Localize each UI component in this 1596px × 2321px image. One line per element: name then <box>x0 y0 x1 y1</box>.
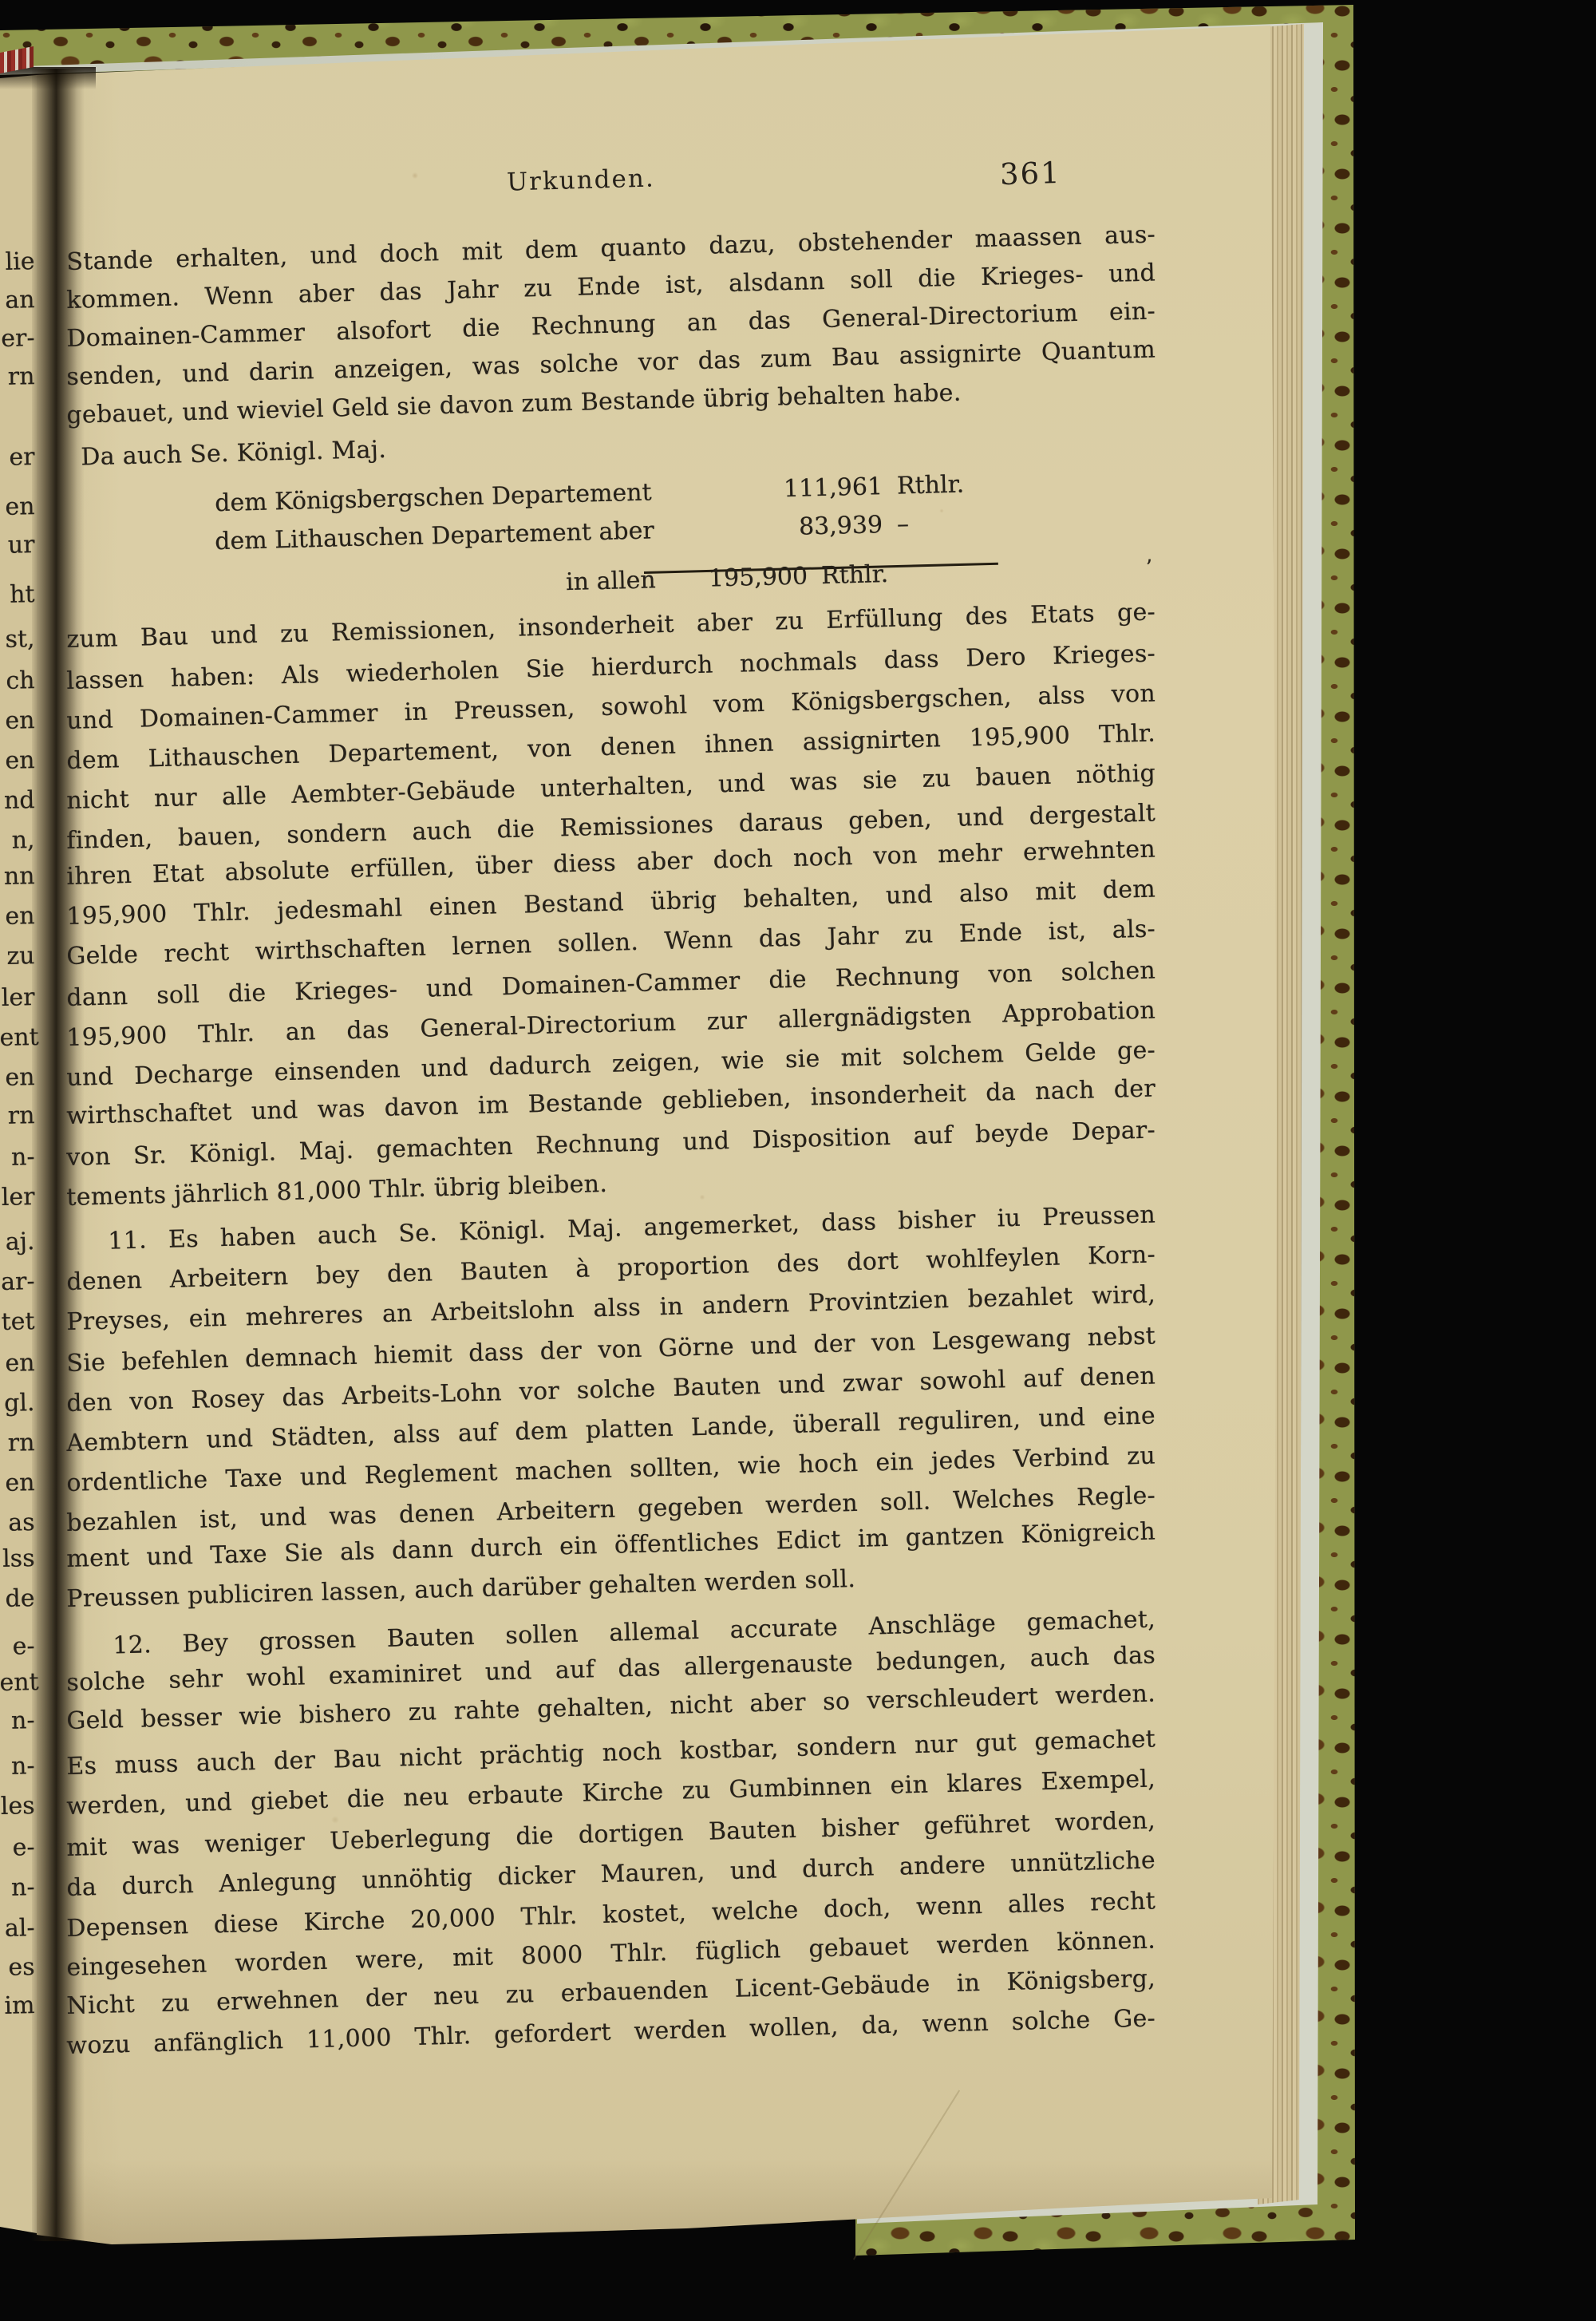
facing-page-fragment: ler <box>0 980 35 1016</box>
running-title: Urkunden. <box>507 164 656 196</box>
facing-page-fragment: e- <box>0 1830 35 1866</box>
facing-page-fragment: ch <box>0 663 35 699</box>
facing-page-fragment: en <box>0 489 35 525</box>
facing-page-fragment: en <box>0 1060 35 1096</box>
facing-page-fragment: nd <box>0 783 35 819</box>
facing-page-fragment: en <box>0 1465 35 1501</box>
book-scan: Urkunden. 361 Stande erhalten, und doch … <box>0 0 1596 2321</box>
facing-page-fragment: im <box>0 1988 35 2024</box>
facing-page-fragment: lie <box>0 244 35 280</box>
facing-page-fragment: nn <box>0 859 35 895</box>
facing-page-fragment: er- <box>0 321 35 357</box>
page-number: 361 <box>999 156 1061 192</box>
text-layer: Urkunden. 361 Stande erhalten, und doch … <box>0 0 1596 2321</box>
facing-page-fragment: lss <box>0 1541 35 1577</box>
facing-page-fragment: n- <box>0 1703 35 1739</box>
facing-page-fragment: n- <box>0 1870 35 1906</box>
facing-page-fragment: ur <box>0 528 35 563</box>
facing-page-fragment: e- <box>0 1629 35 1665</box>
facing-page-fragment: tet <box>0 1304 35 1340</box>
facing-page-fragment: en <box>0 743 35 779</box>
facing-page-fragment: zu <box>0 939 35 975</box>
facing-page-fragment: les <box>0 1789 35 1825</box>
facing-page-fragment: as <box>0 1505 35 1541</box>
facing-page-fragment: rn <box>0 359 35 395</box>
facing-page-fragment: rn <box>0 1098 35 1134</box>
facing-page-fragment: aj. <box>0 1224 35 1260</box>
facing-page-fragment: de <box>0 1581 35 1617</box>
facing-page-fragment: en <box>0 703 35 739</box>
facing-page-fragment: rn <box>0 1425 35 1461</box>
facing-page-fragment: an <box>0 283 35 318</box>
facing-page-fragment: es <box>0 1950 35 1986</box>
amount-cell: ’ <box>1145 551 1152 586</box>
facing-page-fragment: ent <box>0 1020 35 1056</box>
facing-page-fragment: ler <box>0 1180 35 1216</box>
facing-page-fragment: en <box>0 899 35 935</box>
amount-cell: Rthlr. <box>897 468 965 504</box>
facing-page-fragment: st, <box>0 622 35 658</box>
facing-page-fragment: ht <box>0 577 35 613</box>
facing-page-fragment: en <box>0 1346 35 1382</box>
facing-page-fragment: n- <box>0 1749 35 1785</box>
facing-page-fragment: ent <box>0 1665 35 1701</box>
facing-page-fragment: er <box>0 440 35 476</box>
facing-page-fragment: n, <box>0 823 35 859</box>
amount-cell: 83,939 <box>755 508 883 546</box>
facing-page-fragment: ar- <box>0 1264 35 1300</box>
amount-cell: 195,900 <box>680 559 808 598</box>
facing-page-fragment: n- <box>0 1140 35 1176</box>
facing-page-fragment: al- <box>0 1911 35 1947</box>
amount-cell: 111,961 <box>755 469 883 508</box>
facing-page-fragment: gl. <box>0 1386 35 1421</box>
amount-cell: – <box>897 507 910 542</box>
amount-cell: in allen <box>566 563 657 600</box>
amount-cell: Rthlr. <box>821 557 889 594</box>
